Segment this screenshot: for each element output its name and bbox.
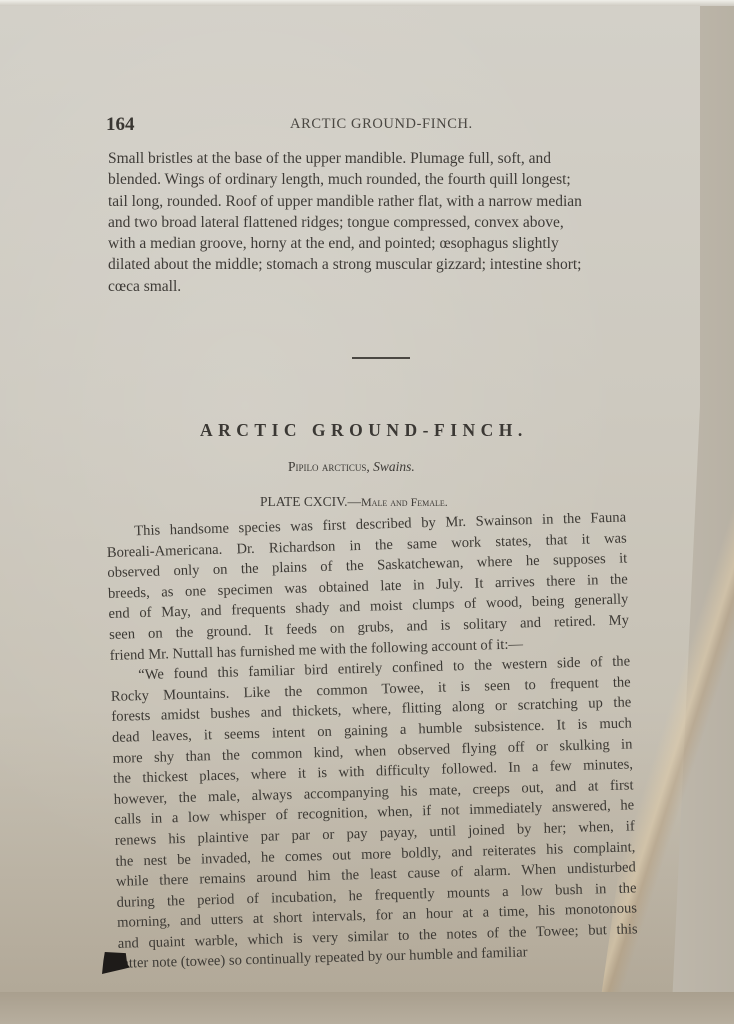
text-line: tail long, rounded. Roof of upper mandib… — [108, 191, 660, 212]
plate-line: PLATE CXCIV.—Male and Female. — [260, 494, 448, 510]
running-title: ARCTIC GROUND-FINCH. — [290, 116, 473, 133]
text-line: and two broad lateral flattened ridges; … — [108, 212, 660, 233]
plate-label: PLATE CXCIV.— — [260, 494, 361, 509]
scientific-name: Pipilo arcticus, — [288, 459, 370, 474]
authority: Swains. — [373, 459, 415, 474]
text-line: with a median groove, horny at the end, … — [108, 233, 660, 254]
running-head: 164 ARCTIC GROUND-FINCH. — [106, 114, 666, 138]
page-number: 164 — [106, 114, 135, 136]
text-line: blended. Wings of ordinary length, much … — [108, 169, 660, 190]
section-title: ARCTIC GROUND-FINCH. — [200, 420, 528, 441]
section-divider — [352, 357, 410, 359]
body-paragraph: This handsome species was first describe… — [106, 507, 638, 974]
text-line: Small bristles at the base of the upper … — [108, 148, 660, 169]
frame-top-edge — [0, 0, 734, 6]
top-paragraph: Small bristles at the base of the upper … — [108, 148, 660, 297]
text-line: cœca small. — [108, 276, 660, 297]
frame-bottom-edge — [0, 992, 734, 1024]
scientific-name-line: Pipilo arcticus, Swains. — [288, 459, 415, 475]
text-line: dilated about the middle; stomach a stro… — [108, 254, 660, 275]
plate-caption: Male and Female. — [361, 495, 448, 509]
